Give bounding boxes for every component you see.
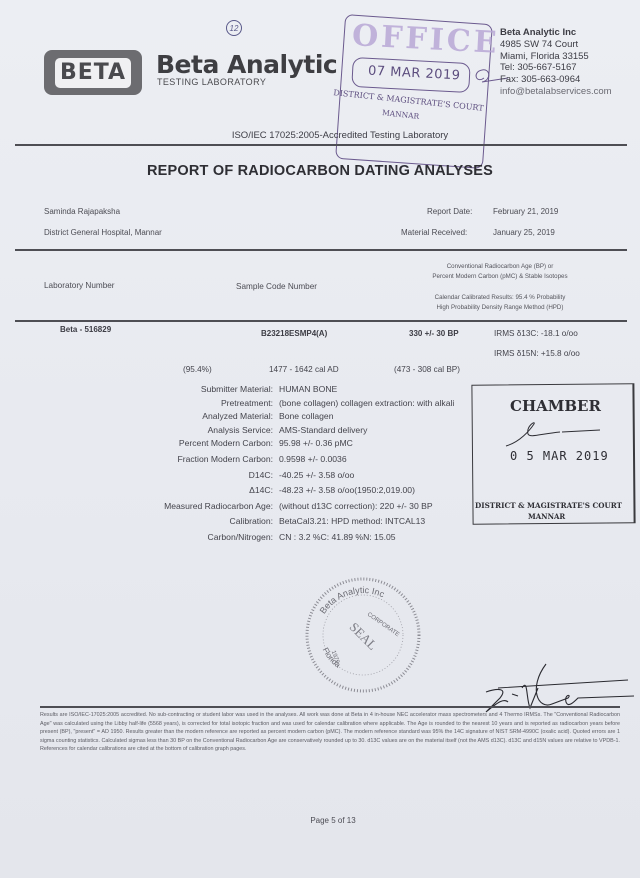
column-cal-line1: Calendar Calibrated Results: 95.4 % Prob… — [400, 293, 600, 303]
column-calibrated-results: Calendar Calibrated Results: 95.4 % Prob… — [400, 293, 600, 312]
detail-value: 95.98 +/- 0.36 pMC — [279, 438, 353, 448]
column-cal-line2: High Probability Density Range Method (H… — [400, 303, 600, 313]
seal-top-text: Beta Analytic Inc — [318, 585, 387, 616]
chamber-stamp-title: CHAMBER — [510, 397, 601, 415]
handwritten-page-note: 12 — [226, 20, 242, 36]
irms-d15n: IRMS δ15N: +15.8 o/oo — [494, 349, 580, 358]
client-name: Saminda Rajapaksha — [44, 207, 120, 216]
detail-value: Bone collagen — [279, 411, 333, 421]
brand-name: Beta Analytic — [156, 50, 337, 79]
footer-disclaimer: Results are ISO/IEC-17025:2005 accredite… — [40, 711, 620, 754]
detail-label: Pretreatment: — [0, 398, 273, 408]
detail-label: Carbon/Nitrogen: — [0, 532, 273, 542]
address-fax: Fax: 305-663-0964 — [500, 74, 612, 86]
detail-label: Δ14C: — [0, 485, 273, 495]
sample-code: B23218ESMP4(A) — [261, 329, 327, 338]
brand-subtitle: TESTING LABORATORY — [157, 77, 266, 87]
address-city: Miami, Florida 33155 — [500, 51, 612, 63]
column-age-line1: Conventional Radiocarbon Age (BP) or — [400, 262, 600, 272]
detail-label: D14C: — [0, 470, 273, 480]
chamber-stamp-date: 0 5 MAR 2019 — [510, 449, 609, 463]
detail-value: -40.25 +/- 3.58 o/oo — [279, 470, 354, 480]
company-name: Beta Analytic Inc — [500, 27, 612, 39]
address-street: 4985 SW 74 Court — [500, 39, 612, 51]
chamber-stamp-location: MANNAR — [528, 512, 565, 521]
corporate-seal: Beta Analytic Inc Florida CORPORATE SEAL… — [303, 575, 423, 695]
column-divider — [15, 320, 627, 322]
column-lab-number: Laboratory Number — [44, 281, 115, 290]
detail-value: CN : 3.2 %C: 41.89 %N: 15.05 — [279, 532, 396, 542]
detail-value: 0.9598 +/- 0.0036 — [279, 454, 347, 464]
detail-value: -48.23 +/- 3.58 o/oo(1950:2,019.00) — [279, 485, 415, 495]
detail-label: Analyzed Material: — [0, 411, 273, 421]
detail-value: BetaCal3.21: HPD method: INTCAL13 — [279, 516, 425, 526]
column-sample-code: Sample Code Number — [236, 282, 317, 291]
svg-text:Beta Analytic Inc: Beta Analytic Inc — [318, 585, 387, 616]
column-conventional-age: Conventional Radiocarbon Age (BP) or Per… — [400, 262, 600, 281]
material-received-date: January 25, 2019 — [493, 228, 555, 237]
detail-label: Analysis Service: — [0, 425, 273, 435]
seal-center-text: SEAL — [347, 619, 381, 653]
chamber-signature-icon — [500, 420, 610, 450]
detail-label: Fraction Modern Carbon: — [0, 454, 273, 464]
report-date-label: Report Date: — [427, 207, 472, 216]
report-page: BETA Beta Analytic TESTING LABORATORY 12… — [0, 0, 640, 878]
footer-divider — [40, 706, 620, 708]
chamber-stamp-court: DISTRICT & MAGISTRATE'S COURT — [475, 501, 622, 510]
info-divider — [15, 249, 627, 251]
header-divider — [15, 144, 627, 146]
conventional-age: 330 +/- 30 BP — [409, 329, 459, 338]
detail-value: (without d13C correction): 220 +/- 30 BP — [279, 501, 433, 511]
client-organization: District General Hospital, Mannar — [44, 228, 162, 237]
detail-label: Percent Modern Carbon: — [0, 438, 273, 448]
detail-label: Measured Radiocarbon Age: — [0, 501, 273, 511]
page-number: Page 5 of 13 — [0, 816, 640, 825]
sample-lab-number: Beta - 516829 — [60, 325, 111, 334]
detail-label: Submitter Material: — [0, 384, 273, 394]
accreditation-line: ISO/IEC 17025:2005-Accredited Testing La… — [0, 130, 640, 141]
calibrated-range-bp: (473 - 308 cal BP) — [394, 365, 460, 374]
report-title: REPORT OF RADIOCARBON DATING ANALYSES — [0, 163, 640, 179]
calibrated-range-ad: 1477 - 1642 cal AD — [269, 365, 339, 374]
address-email: info@betalabservices.com — [500, 86, 612, 98]
report-date: February 21, 2019 — [493, 207, 558, 216]
detail-label: Calibration: — [0, 516, 273, 526]
material-received-label: Material Received: — [401, 228, 467, 237]
detail-value: HUMAN BONE — [279, 384, 337, 394]
logo-text: BETA — [55, 58, 131, 88]
irms-d13c: IRMS δ13C: -18.1 o/oo — [494, 329, 578, 338]
company-address: Beta Analytic Inc 4985 SW 74 Court Miami… — [500, 27, 612, 98]
address-tel: Tel: 305-667-5167 — [500, 62, 612, 74]
detail-value: AMS-Standard delivery — [279, 425, 367, 435]
column-age-line2: Percent Modern Carbon (pMC) & Stable Iso… — [400, 272, 600, 282]
detail-value: (bone collagen) collagen extraction: wit… — [279, 398, 454, 408]
probability: (95.4%) — [183, 365, 212, 374]
beta-logo: BETA — [44, 50, 142, 95]
signature-icon — [478, 658, 638, 718]
